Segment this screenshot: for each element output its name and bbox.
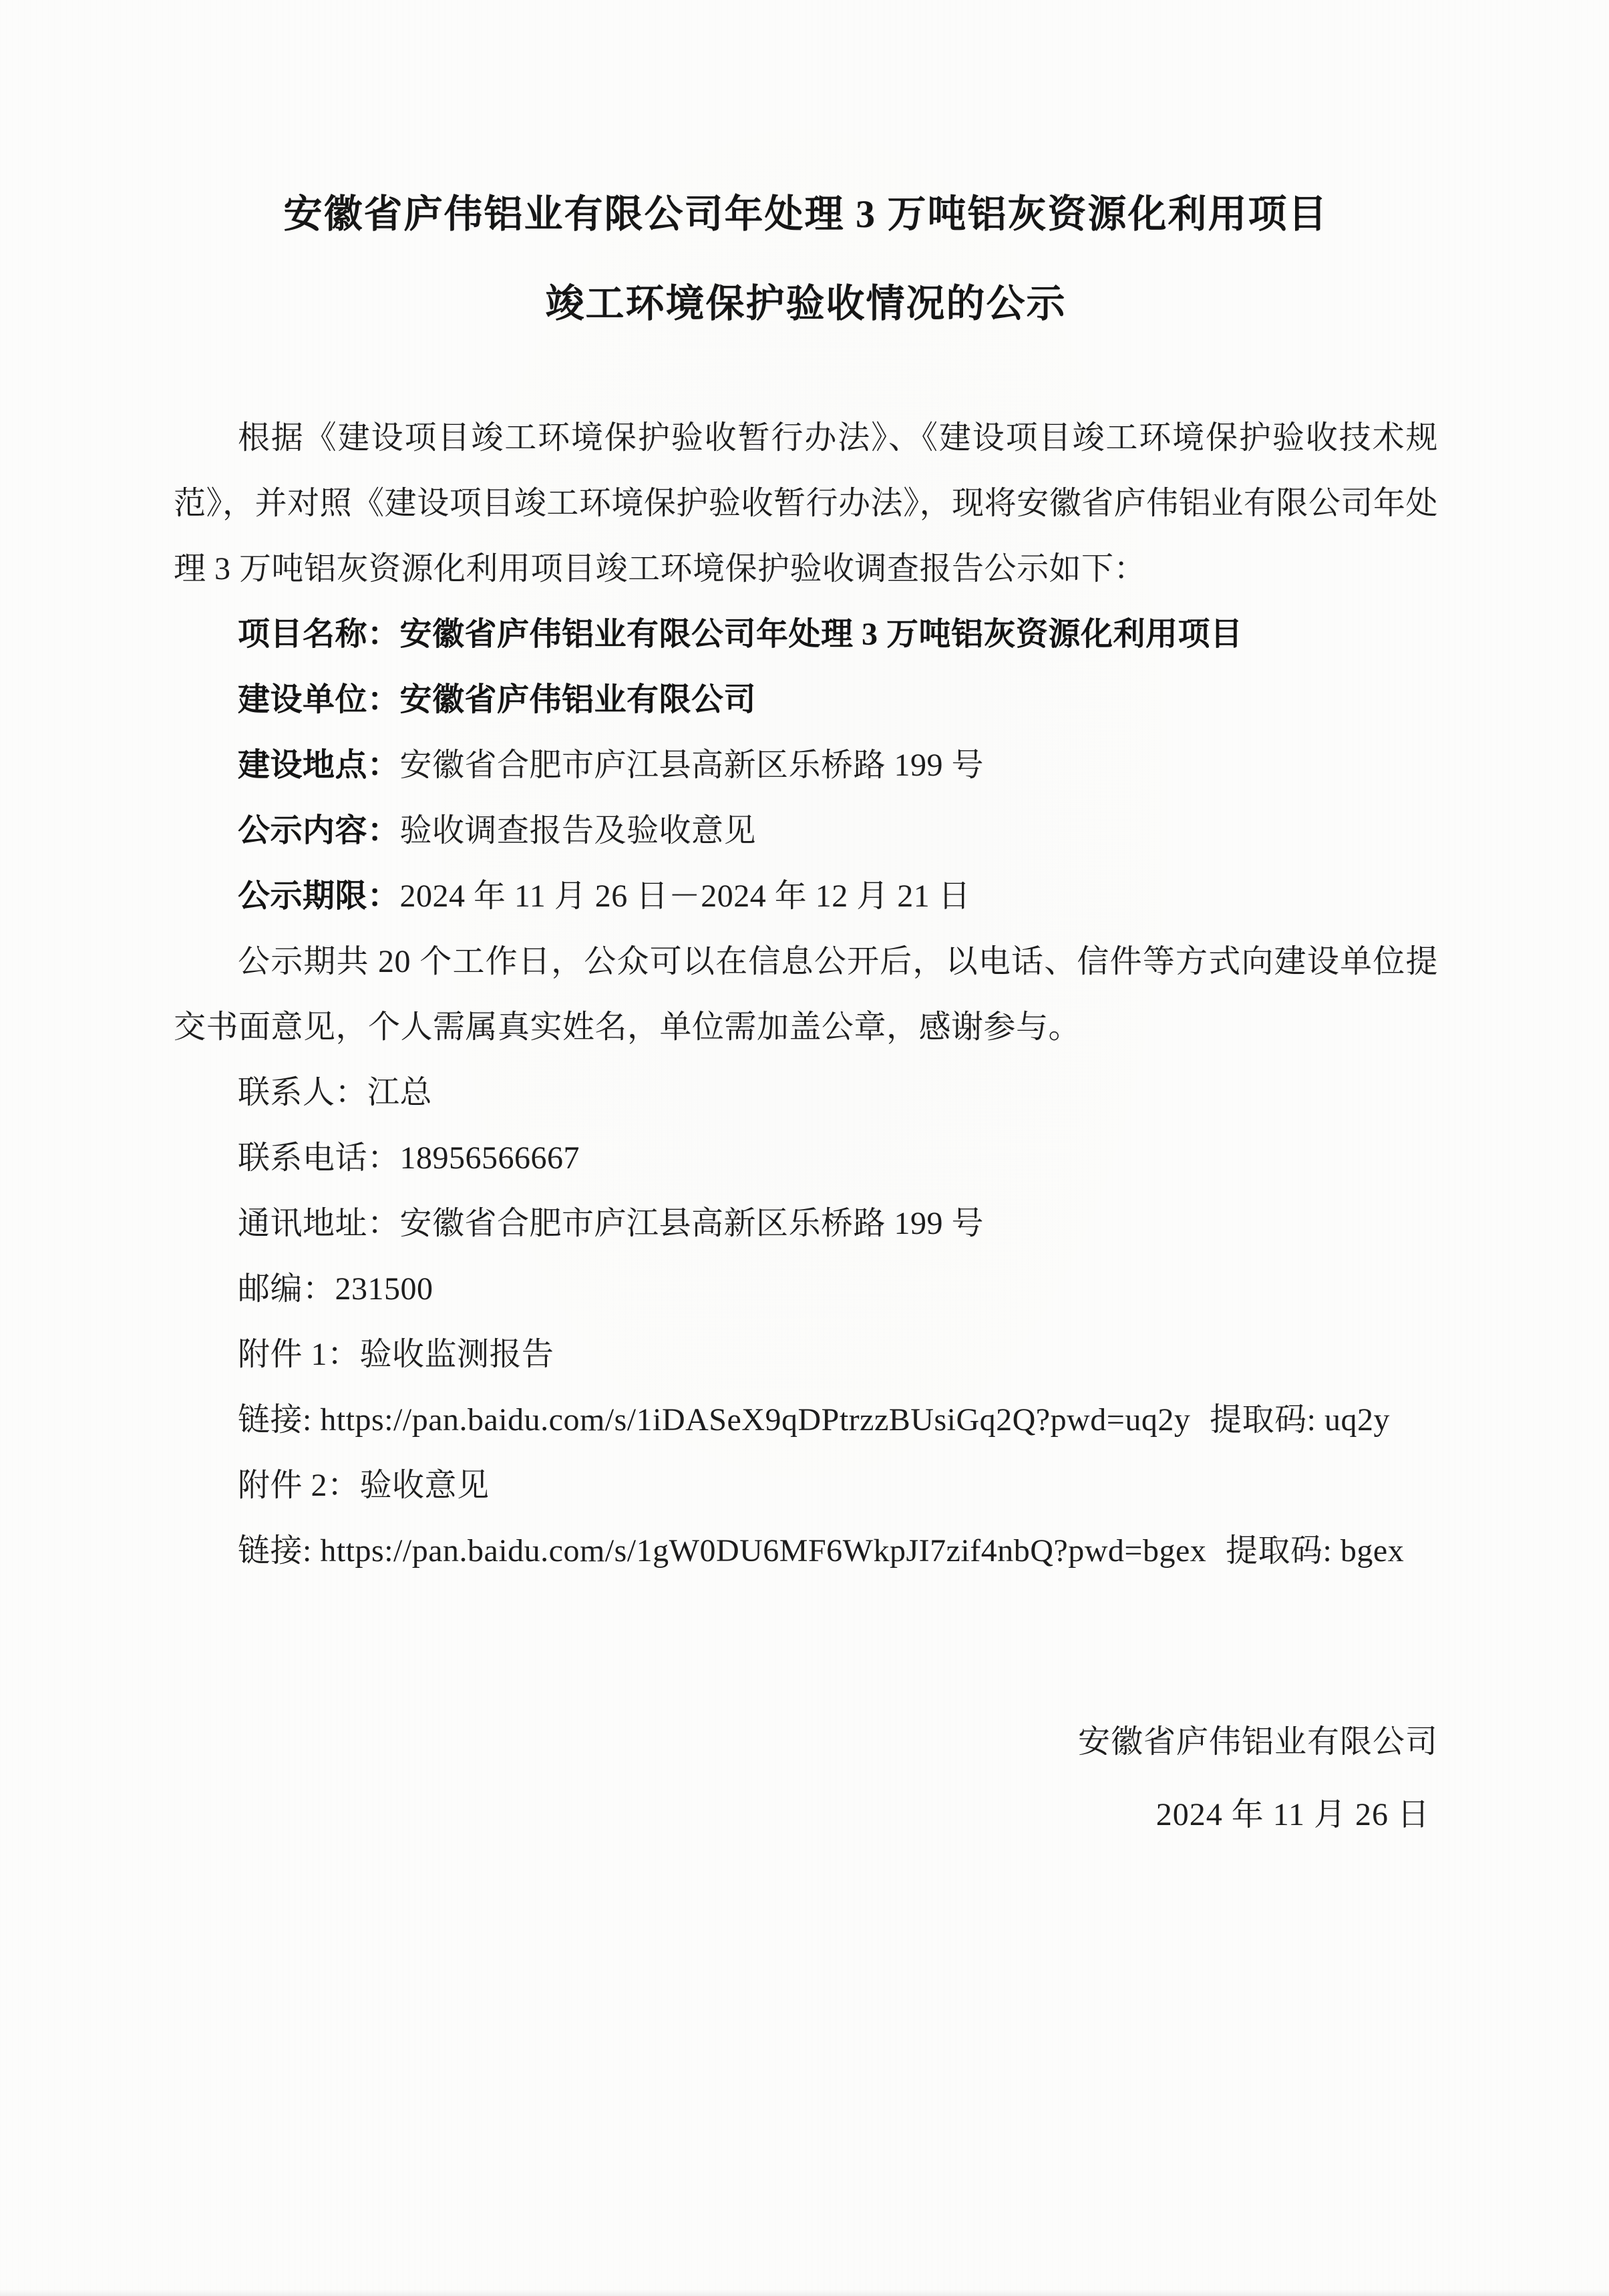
field-row-construction-site: 建设地点：安徽省合肥市庐江县高新区乐桥路 199 号 xyxy=(174,733,1438,798)
scanned-notice-page: 安徽省庐伟铝业有限公司年处理 3 万吨铝灰资源化利用项目 竣工环境保护验收情况的… xyxy=(0,0,1609,2296)
field-value: 安徽省合肥市庐江县高新区乐桥路 199 号 xyxy=(400,748,985,783)
contact-row-postcode: 邮编：231500 xyxy=(174,1257,1438,1322)
contact-label: 邮编： xyxy=(238,1271,335,1307)
document-title: 安徽省庐伟铝业有限公司年处理 3 万吨铝灰资源化利用项目 竣工环境保护验收情况的… xyxy=(174,191,1438,327)
attachment-2-title: 附件 2：验收意见 xyxy=(174,1453,1438,1518)
code-label: 提取码: xyxy=(1210,1402,1316,1438)
contact-row-address: 通讯地址：安徽省合肥市庐江县高新区乐桥路 199 号 xyxy=(174,1191,1438,1257)
link-label: 链接: xyxy=(238,1402,312,1438)
signature-company: 安徽省庐伟铝业有限公司 xyxy=(174,1709,1438,1775)
attachment-1-url: https://pan.baidu.com/s/1iDASeX9qDPtrzzB… xyxy=(320,1402,1190,1438)
notice-paragraph: 公示期共 20 个工作日，公众可以在信息公开后，以电话、信件等方式向建设单位提交… xyxy=(174,929,1438,1060)
field-row-project-name: 项目名称：安徽省庐伟铝业有限公司年处理 3 万吨铝灰资源化利用项目 xyxy=(174,602,1438,667)
page-content: 安徽省庐伟铝业有限公司年处理 3 万吨铝灰资源化利用项目 竣工环境保护验收情况的… xyxy=(174,191,1438,1848)
field-value: 验收调查报告及验收意见 xyxy=(400,813,757,848)
code-label: 提取码: xyxy=(1226,1533,1332,1569)
contact-value: 安徽省合肥市庐江县高新区乐桥路 199 号 xyxy=(400,1206,985,1241)
field-value: 安徽省庐伟铝业有限公司年处理 3 万吨铝灰资源化利用项目 xyxy=(400,617,1243,652)
intro-paragraph: 根据《建设项目竣工环境保护验收暂行办法》、《建设项目竣工环境保护验收技术规范》，… xyxy=(174,405,1438,602)
contact-row-person: 联系人：江总 xyxy=(174,1060,1438,1126)
signature-date: 2024 年 11 月 26 日 xyxy=(174,1782,1438,1848)
field-label: 建设单位： xyxy=(238,682,400,717)
field-label: 项目名称： xyxy=(238,617,400,652)
field-label: 公示内容： xyxy=(238,813,400,848)
document-body: 根据《建设项目竣工环境保护验收暂行办法》、《建设项目竣工环境保护验收技术规范》，… xyxy=(174,405,1438,1584)
contact-label: 通讯地址： xyxy=(238,1206,400,1241)
attachment-1-link-row: 链接: https://pan.baidu.com/s/1iDASeX9qDPt… xyxy=(174,1387,1438,1453)
attachment-1-code: uq2y xyxy=(1324,1402,1390,1438)
field-label: 建设地点： xyxy=(238,748,400,783)
field-row-publicity-content: 公示内容：验收调查报告及验收意见 xyxy=(174,798,1438,864)
field-label: 公示期限： xyxy=(238,878,400,914)
field-row-publicity-period: 公示期限：2024 年 11 月 26 日－2024 年 12 月 21 日 xyxy=(174,864,1438,929)
document-title-line-1: 安徽省庐伟铝业有限公司年处理 3 万吨铝灰资源化利用项目 xyxy=(174,191,1438,238)
field-row-construction-unit: 建设单位：安徽省庐伟铝业有限公司 xyxy=(174,667,1438,733)
contact-label: 联系人： xyxy=(238,1075,367,1110)
attachment-1-title: 附件 1：验收监测报告 xyxy=(174,1322,1438,1387)
document-title-line-2: 竣工环境保护验收情况的公示 xyxy=(174,281,1438,327)
link-label: 链接: xyxy=(238,1533,312,1569)
contact-value: 231500 xyxy=(335,1271,433,1307)
field-value: 2024 年 11 月 26 日－2024 年 12 月 21 日 xyxy=(400,878,971,914)
attachment-2-url: https://pan.baidu.com/s/1gW0DU6MF6WkpJI7… xyxy=(320,1533,1206,1569)
attachment-2-link-row: 链接: https://pan.baidu.com/s/1gW0DU6MF6Wk… xyxy=(174,1518,1438,1584)
contact-value: 江总 xyxy=(367,1075,432,1110)
field-value: 安徽省庐伟铝业有限公司 xyxy=(400,682,757,717)
contact-label: 联系电话： xyxy=(238,1140,400,1176)
contact-value: 18956566667 xyxy=(400,1140,580,1176)
contact-row-phone: 联系电话：18956566667 xyxy=(174,1126,1438,1191)
attachment-2-code: bgex xyxy=(1340,1533,1404,1569)
